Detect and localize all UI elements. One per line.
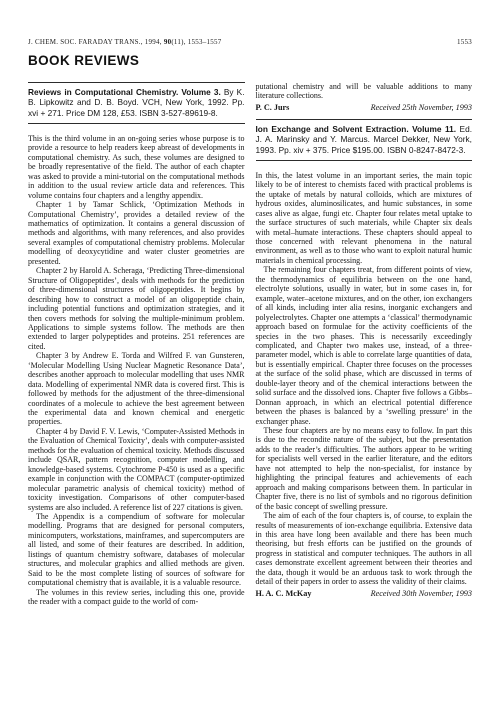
column-right: putational chemistry and will be valuabl… [256,82,473,607]
review-1-paragraph: Chapter 3 by Andrew E. Torda and Wilfred… [28,351,245,427]
review-2-received-date: Received 30th November, 1993 [371,589,472,599]
review-1-continuation-paragraph: putational chemistry and will be valuabl… [256,82,473,101]
review-2-signature: H. A. C. McKay Received 30th November, 1… [256,589,473,599]
review-2-paragraph: The remaining four chapters treat, from … [256,265,473,426]
review-1-title: Reviews in Computational Chemistry. Volu… [28,87,221,97]
review-2-reviewer-name: H. A. C. McKay [256,589,312,599]
review-1-paragraph: Chapter 2 by Harold A. Scheraga, ‘Predic… [28,266,245,351]
review-1-heading: Reviews in Computational Chemistry. Volu… [28,82,245,124]
page-number: 1553 [457,38,472,46]
journal-citation: J. CHEM. SOC. FARADAY TRANS., 1994, 90(1… [28,38,221,46]
column-left: Reviews in Computational Chemistry. Volu… [28,82,245,607]
journal-citation-prefix: J. CHEM. SOC. FARADAY TRANS., 1994, [28,38,164,46]
review-1-paragraph: Chapter 4 by David F. V. Lewis, ‘Compute… [28,427,245,512]
review-2-paragraph: In this, the latest volume in an importa… [256,171,473,266]
review-1-signature: P. C. Jurs Received 25th November, 1993 [256,103,473,113]
review-1-paragraph: The volumes in this review series, inclu… [28,588,245,607]
journal-page: J. CHEM. SOC. FARADAY TRANS., 1994, 90(1… [0,0,500,719]
review-1-continuation: putational chemistry and will be valuabl… [256,82,473,101]
section-title: BOOK REVIEWS [28,53,472,68]
review-2-heading: Ion Exchange and Solvent Extraction. Vol… [256,119,473,161]
review-1-reviewer-name: P. C. Jurs [256,103,290,113]
review-1-received-date: Received 25th November, 1993 [371,103,472,113]
review-1-paragraph: The Appendix is a compendium of software… [28,512,245,588]
journal-citation-suffix: (11), 1553–1557 [171,38,221,46]
two-column-layout: Reviews in Computational Chemistry. Volu… [28,82,472,607]
review-2-body: In this, the latest volume in an importa… [256,171,473,587]
review-2-paragraph: The aim of each of the four chapters is,… [256,511,473,587]
review-2-title: Ion Exchange and Solvent Extraction. Vol… [256,124,457,134]
review-1-body: This is the third volume in an on-going … [28,134,245,607]
review-1-paragraph: Chapter 1 by Tamar Schlick, ‘Optimizatio… [28,200,245,266]
review-1-paragraph: This is the third volume in an on-going … [28,134,245,200]
review-2-paragraph: These four chapters are by no means easy… [256,426,473,511]
running-head: J. CHEM. SOC. FARADAY TRANS., 1994, 90(1… [28,38,472,46]
